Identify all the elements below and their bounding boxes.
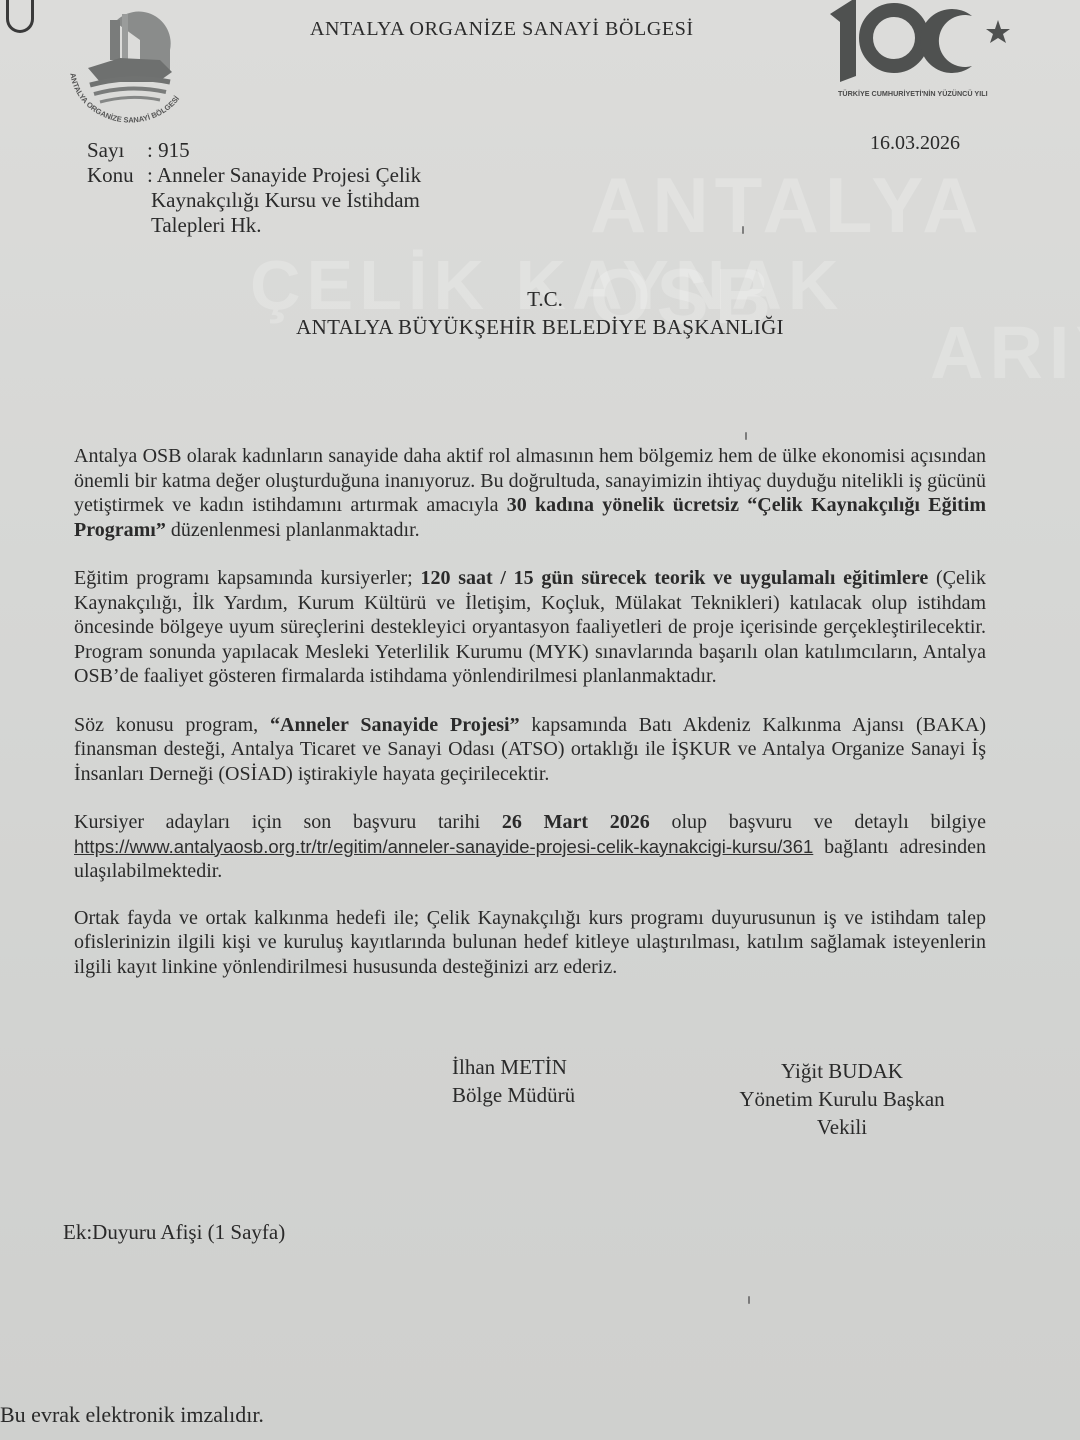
number-value: : 915 [147,138,477,163]
recipient-line: T.C. [0,285,1080,313]
paragraph: Eğitim programı kapsamında kursiyerler; … [74,566,986,689]
osb-logo-icon: ANTALYA ORGANİZE SANAYİ BÖLGESİ [60,10,200,128]
paper-speck [748,1296,750,1304]
signature-block: İlhan METİN Bölge Müdürü [452,1053,575,1109]
organization-header: ANTALYA ORGANİZE SANAYİ BÖLGESİ [310,18,694,41]
recipient-block: T.C. ANTALYA BÜYÜKŞEHİR BELEDİYE BAŞKANL… [0,285,1080,341]
paper-speck [745,432,747,440]
signatory-name: İlhan METİN [452,1053,575,1081]
subject-label: Konu [87,163,147,188]
subject-line: Talepleri Hk. [147,213,481,238]
paragraph: Söz konusu program, “Anneler Sanayide Pr… [74,713,986,787]
paragraph: Ortak fayda ve ortak kalkınma hedefi ile… [74,906,986,980]
recipient-name: ANTALYA BÜYÜKŞEHİR BELEDİYE BAŞKANLIĞI [0,313,1080,341]
document-page: ANTALYA OSB ÇELİK KAYNAK ARIYO ANTALYA O… [0,0,1080,1440]
application-link[interactable]: https://www.antalyaosb.org.tr/tr/egitim/… [74,836,813,857]
signatory-title: Bölge Müdürü [452,1081,575,1109]
svg-text:TÜRKİYE CUMHURİYETİ'NİN YÜZÜNC: TÜRKİYE CUMHURİYETİ'NİN YÜZÜNCÜ YILI [838,89,988,98]
paragraph: Kursiyer adayları için son başvuru tarih… [74,810,986,884]
document-meta: Sayı : 915 Konu : Anneler Sanayide Proje… [87,138,481,238]
signature-block: Yiğit BUDAK Yönetim Kurulu Başkan Vekili [718,1057,966,1141]
electronic-signature-note: Bu evrak elektronik imzalıdır. [0,1402,264,1428]
signatory-name: Yiğit BUDAK [718,1057,966,1085]
paper-speck [742,226,744,234]
signatory-title: Yönetim Kurulu Başkan Vekili [718,1085,966,1141]
letter-body: Antalya OSB olarak kadınların sanayide d… [74,444,986,1003]
paragraph: Antalya OSB olarak kadınların sanayide d… [74,444,986,542]
paperclip-icon [6,0,34,33]
number-label: Sayı [87,138,147,163]
subject-line: Kaynakçılığı Kursu ve İstihdam [147,188,481,213]
document-date: 16.03.2026 [870,132,960,155]
centennial-logo-icon: TÜRKİYE CUMHURİYETİ'NİN YÜZÜNCÜ YILI [822,0,1022,100]
attachment-note: Ek:Duyuru Afişi (1 Sayfa) [63,1220,285,1245]
subject-line: : Anneler Sanayide Projesi Çelik [147,163,477,188]
